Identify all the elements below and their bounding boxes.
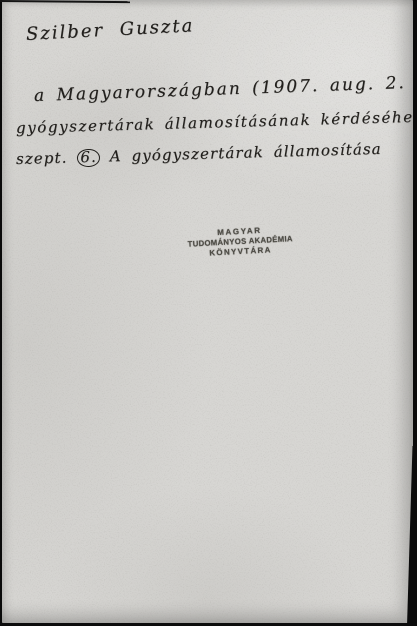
handwritten-note-line-3: szept. 6. A gyógyszertárak államosítása bbox=[16, 140, 382, 169]
paper-page: Szilber Guszta a Magyarországban (1907. … bbox=[2, 0, 413, 623]
library-stamp: MAGYAR TUDOMÁNYOS AKADÉMIA KÖNYVTÁRA bbox=[185, 224, 294, 260]
note-line-3-prefix: szept. bbox=[16, 149, 68, 168]
scan-background: { "colors": { "paper": "#d7d6d3", "handw… bbox=[0, 0, 417, 626]
note-line-3-rest: A gyógyszertárak államosítása bbox=[109, 140, 382, 166]
handwritten-owner-name: Szilber Guszta bbox=[25, 15, 194, 45]
handwritten-note-line-2: gyógyszertárak államosításának kérdéséhe… bbox=[16, 107, 413, 137]
circled-number: 6. bbox=[77, 149, 100, 167]
handwritten-note-line-1: a Magyarországban (1907. aug. 2. A bbox=[34, 72, 413, 106]
